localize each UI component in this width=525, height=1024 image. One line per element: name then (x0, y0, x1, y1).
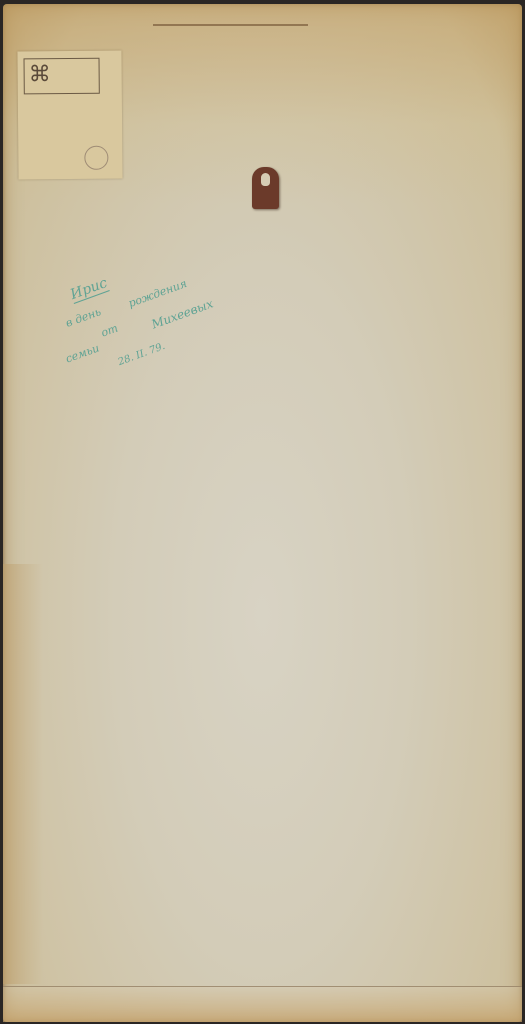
note-line: от (99, 321, 119, 339)
stamp-box: ⌘ (24, 58, 100, 95)
frame-backing-board: ⌘ Ирис в день рождения от Михеевых семьи… (3, 4, 522, 1022)
note-date: 28. II. 79. (117, 341, 167, 368)
note-line: в день (64, 305, 103, 330)
handwritten-note: Ирис в день рождения от Михеевых семьи 2… (65, 269, 265, 389)
left-water-stain (3, 564, 43, 984)
bottom-stain (3, 986, 522, 1022)
keyhole-hanger-icon (252, 167, 279, 209)
note-line: Михеевых (150, 296, 215, 331)
note-line: Ирис (68, 275, 110, 304)
label-lines (26, 99, 116, 100)
hanger-hole (261, 173, 270, 186)
round-stamp-icon (84, 146, 108, 170)
inventory-label: ⌘ (17, 51, 122, 180)
note-line: рождения (127, 277, 189, 310)
top-crease (153, 24, 308, 26)
emblem-icon: ⌘ (28, 63, 52, 87)
note-line: семьи (64, 341, 101, 365)
